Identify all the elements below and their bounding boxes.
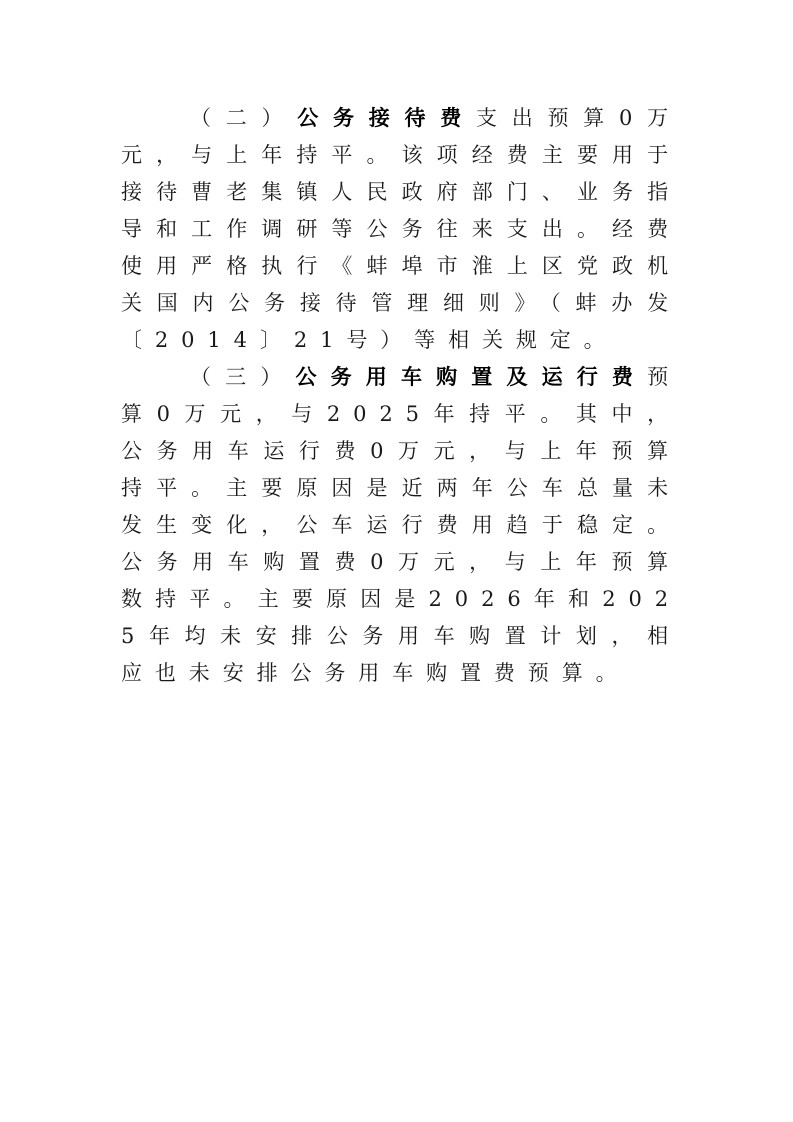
paragraph-reception-expenses: （二）公务接待费支出预算0万元，与上年持平。该项经费主要用于接待曹老集镇人民政府…: [121, 100, 681, 359]
paragraph-text: 预算0万元，与2025年持平。其中，公务用车运行费0万元，与上年预算持平。主要原…: [121, 365, 681, 685]
section-number: （二）: [190, 106, 297, 130]
document-body: （二）公务接待费支出预算0万元，与上年持平。该项经费主要用于接待曹老集镇人民政府…: [121, 100, 681, 692]
paragraph-text: 支出预算0万元，与上年持平。该项经费主要用于接待曹老集镇人民政府部门、业务指导和…: [121, 106, 681, 352]
paragraph-vehicle-expenses: （三）公务用车购置及运行费预算0万元，与2025年持平。其中，公务用车运行费0万…: [121, 359, 681, 692]
document-page: （二）公务接待费支出预算0万元，与上年持平。该项经费主要用于接待曹老集镇人民政府…: [0, 0, 793, 1122]
section-number: （三）: [190, 365, 295, 389]
section-heading: 公务用车购置及运行费: [295, 365, 647, 389]
section-heading: 公务接待费: [297, 106, 476, 130]
